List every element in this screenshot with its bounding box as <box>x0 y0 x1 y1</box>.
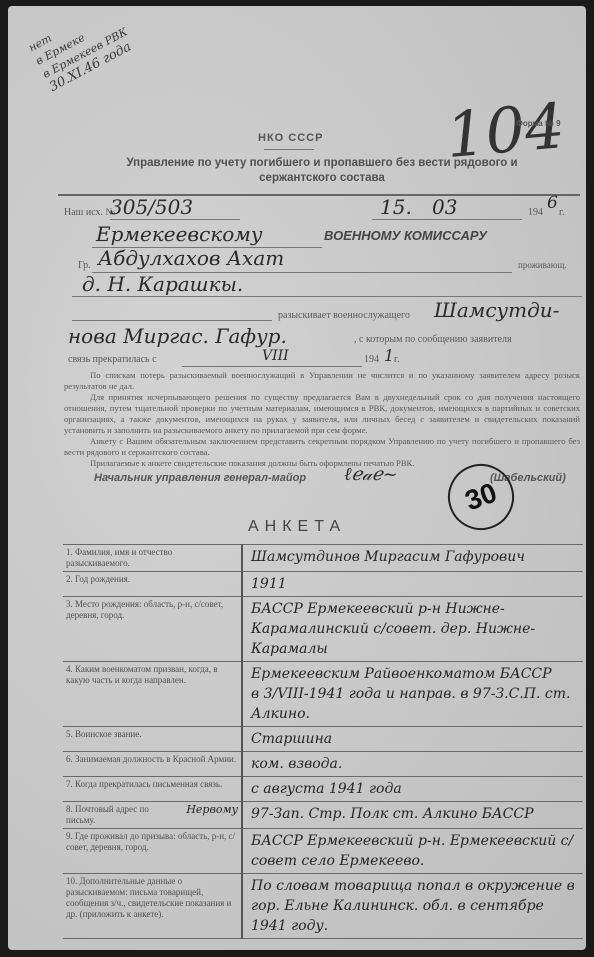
lost-contact-line: связь прекратилась с VIII 194 1 г. <box>62 348 582 370</box>
signature-scribble: ℓℯ𝒶ℯ~ <box>344 464 398 485</box>
margin-note: нет в Ермеке в Ермекеев РВК 30.XI.46 год… <box>26 0 137 95</box>
anketa-question: 5. Воинское звание. <box>63 727 242 752</box>
search-line: разыскивает военнослужащего Шамсутди- <box>62 302 582 326</box>
anketa-question: 8. Почтовый адрес поНервомуписьму. <box>63 802 242 829</box>
lost-month: VIII <box>262 348 289 364</box>
soldier-name-part1: Шамсутди- <box>434 298 559 322</box>
anketa-row: 5. Воинское звание.Старшина <box>63 727 583 752</box>
org-title: НКО СССР <box>258 132 323 144</box>
anketa-answer: Старшина <box>242 727 583 752</box>
anketa-question: 1. Фамилия, имя и отчество разыскиваемог… <box>63 545 242 572</box>
citizen-name: Абдулхахов Ахат <box>98 246 284 270</box>
department-title: Управление по учету погибшего и пропавше… <box>62 156 582 186</box>
anketa-title: АНКЕТА <box>248 518 346 536</box>
anketa-answer: БАССР Ермекеевский р-н. Ермекеевский с/с… <box>242 829 583 874</box>
anketa-row: 10. Дополнительные данные о разыскиваемо… <box>63 874 583 939</box>
anketa-question: 3. Место рождения: область, р-н, с/совет… <box>63 597 242 662</box>
anketa-row: 4. Каким военкоматом призван, когда, в к… <box>63 662 583 727</box>
citizen-address: д. Н. Карашкы. <box>82 272 243 296</box>
anketa-row: 9. Где проживал до призыва: область, р-н… <box>63 829 583 874</box>
anketa-row: 1. Фамилия, имя и отчество разыскиваемог… <box>63 545 583 572</box>
anketa-question: 7. Когда прекратилась письменная связь. <box>63 777 242 802</box>
anketa-table: 1. Фамилия, имя и отчество разыскиваемог… <box>63 544 583 939</box>
anketa-question: 6. Занимаемая должность в Красной Армии. <box>63 752 242 777</box>
anketa-row: 3. Место рождения: область, р-н, с/совет… <box>63 597 583 662</box>
anketa-answer: 97-Зап. Стр. Полк ст. Алкино БАССР <box>242 802 583 829</box>
addressee-line: Ермекеевскому ВОЕННОМУ КОМИССАРУ <box>62 222 582 248</box>
anketa-answer: Шамсутдинов Миргасим Гафурович <box>242 545 583 572</box>
date-month: 03 <box>432 195 457 219</box>
anketa-row: 7. Когда прекратилась письменная связь.с… <box>63 777 583 802</box>
outgoing-line: Наш исх. № 305/503 15. 03 194 6 г. <box>62 199 582 223</box>
anketa-question: 10. Дополнительные данные о разыскиваемо… <box>63 874 242 939</box>
form-label: Форма № 9 <box>516 119 561 128</box>
addressee-title: ВОЕННОМУ КОМИССАРУ <box>324 228 487 243</box>
date-day: 15. <box>380 195 412 219</box>
soldier-name-part2: нова Миргас. Гафур. <box>68 324 287 348</box>
anketa-row: 2. Год рождения.1911 <box>63 572 583 597</box>
anketa-question: 2. Год рождения. <box>63 572 242 597</box>
outgoing-number: 305/503 <box>110 195 193 219</box>
anketa-answer: ком. взвода. <box>242 752 583 777</box>
body-text: По спискам потерь разыскиваемый военносл… <box>64 370 580 469</box>
address-line: д. Н. Карашкы. <box>62 272 582 298</box>
district-name: Ермекеевскому <box>96 222 262 246</box>
soldier-line: нова Миргас. Гафур. , с которым по сообщ… <box>62 326 582 350</box>
anketa-row: 8. Почтовый адрес поНервомуписьму.97-Зап… <box>63 802 583 829</box>
anketa-question: 9. Где проживал до призыва: область, р-н… <box>63 829 242 874</box>
org-underline <box>264 149 314 150</box>
anketa-answer: 1911 <box>242 572 583 597</box>
anketa-row: 6. Занимаемая должность в Красной Армии.… <box>63 752 583 777</box>
citizen-line: Гр. Абдулхахов Ахат проживающ. <box>62 248 582 274</box>
document-page: нет в Ермеке в Ермекеев РВК 30.XI.46 год… <box>8 6 586 950</box>
anketa-answer: с августа 1941 года <box>242 777 583 802</box>
anketa-answer: По словам товарища попал в окружение в г… <box>242 874 583 939</box>
anketa-question: 4. Каким военкоматом призван, когда, в к… <box>63 662 242 727</box>
anketa-answer: БАССР Ермекеевский р-н Нижне-Карамалинск… <box>242 597 583 662</box>
anketa-answer: Ермекеевским Райвоенкоматом БАССРв 3/VII… <box>242 662 583 727</box>
